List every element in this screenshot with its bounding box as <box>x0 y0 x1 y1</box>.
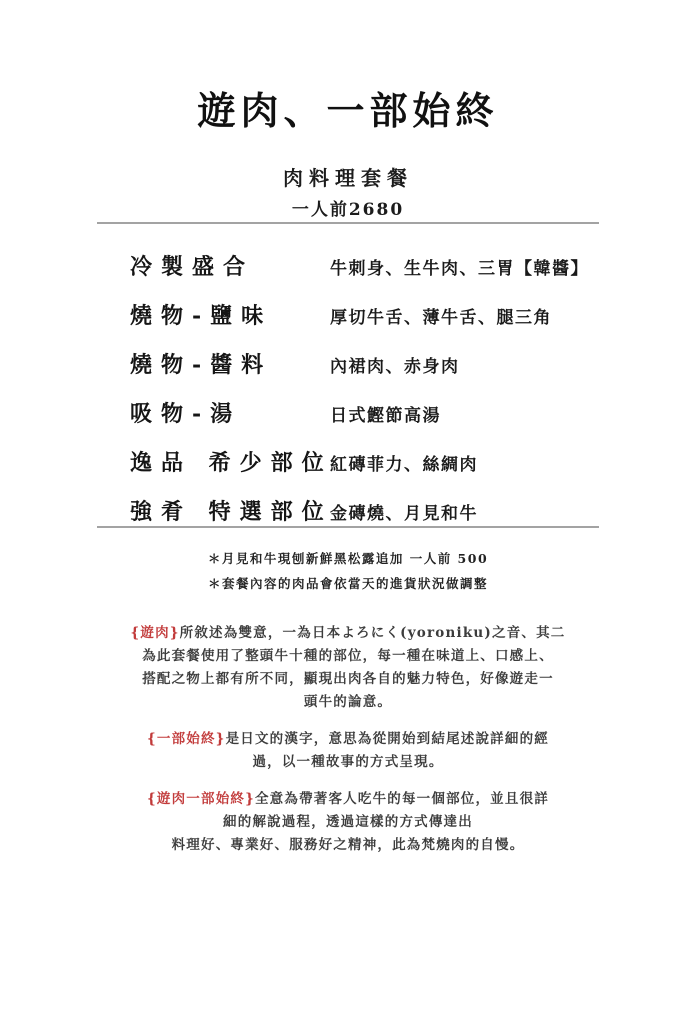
course-label: 冷製盛合 <box>130 256 330 279</box>
paragraph: {遊肉}所敘述為雙意，一為日本よろにく(yoroniku)之音、其二 為此套餐使… <box>113 622 583 714</box>
paragraph-line: {遊肉一部始終}全意為帶著客人吃牛的每一個部位，並且很詳 <box>113 788 583 811</box>
course-label: 燒物-醬料 <box>130 354 330 377</box>
paragraph-line: 為此套餐使用了整頭牛十種的部位，每一種在味道上、口感上、 <box>113 645 583 668</box>
paragraph-line: 細的解說過程，透過這樣的方式傳達出 <box>113 811 583 834</box>
paragraph-line: 頭牛的論意。 <box>113 691 583 714</box>
paragraph-highlight: {遊肉一部始終} <box>147 791 255 807</box>
menu-subtitle: 肉料理套餐 <box>0 164 696 192</box>
course-row: 逸品 希少部位 紅磚菲力、絲綢肉 <box>130 452 696 477</box>
course-row: 燒物-醬料 內裙肉、赤身肉 <box>130 354 696 379</box>
note-line: ＊月見和牛現刨新鮮黑松露追加 一人前 500 <box>0 546 696 571</box>
paragraph-text: 所敘述為雙意，一為日本よろにく(yoroniku)之音、其二 <box>180 625 566 641</box>
page-title: 遊肉、一部始終 <box>0 0 696 134</box>
course-desc: 牛刺身、生牛肉、三胃【韓醬】 <box>330 258 589 281</box>
course-desc: 日式鰹節高湯 <box>330 405 441 428</box>
paragraph-line: 料理好、專業好、服務好之精神，此為梵燒肉的自慢。 <box>113 834 583 857</box>
paragraph-highlight: {一部始終} <box>147 731 226 747</box>
price-line: 一人前2680 <box>0 198 696 222</box>
paragraph-text: 是日文的漢字，意思為從開始到結尾述說詳細的經 <box>226 731 549 747</box>
note-line: ＊套餐內容的肉品會依當天的進貨狀況做調整 <box>0 571 696 596</box>
course-row: 冷製盛合 牛刺身、生牛肉、三胃【韓醬】 <box>130 256 696 281</box>
notes-section: ＊月見和牛現刨新鮮黑松露追加 一人前 500 ＊套餐內容的肉品會依當天的進貨狀況… <box>0 546 696 596</box>
menu-page: 遊肉、一部始終 肉料理套餐 一人前2680 冷製盛合 牛刺身、生牛肉、三胃【韓醬… <box>0 0 696 1024</box>
course-row: 燒物-鹽味 厚切牛舌、薄牛舌、腿三角 <box>130 305 696 330</box>
divider-bottom <box>97 526 599 528</box>
paragraph: {遊肉一部始終}全意為帶著客人吃牛的每一個部位，並且很詳 細的解說過程，透過這樣… <box>113 788 583 857</box>
paragraph: {一部始終}是日文的漢字，意思為從開始到結尾述說詳細的經 過，以一種故事的方式呈… <box>113 728 583 774</box>
course-label: 燒物-鹽味 <box>130 305 330 328</box>
course-row: 強肴 特選部位 金磚燒、月見和牛 <box>130 501 696 526</box>
course-desc: 紅磚菲力、絲綢肉 <box>330 454 478 477</box>
paragraph-line: 過，以一種故事的方式呈現。 <box>113 751 583 774</box>
course-label: 逸品 希少部位 <box>130 452 330 475</box>
course-desc: 內裙肉、赤身肉 <box>330 356 460 379</box>
course-row: 吸物-湯 日式鰹節高湯 <box>130 403 696 428</box>
paragraph-text: 全意為帶著客人吃牛的每一個部位，並且很詳 <box>255 791 549 807</box>
course-desc: 金磚燒、月見和牛 <box>330 503 478 526</box>
course-label: 吸物-湯 <box>130 403 330 426</box>
paragraph-line: {一部始終}是日文的漢字，意思為從開始到結尾述說詳細的經 <box>113 728 583 751</box>
course-list: 冷製盛合 牛刺身、生牛肉、三胃【韓醬】 燒物-鹽味 厚切牛舌、薄牛舌、腿三角 燒… <box>130 256 696 526</box>
paragraph-line: {遊肉}所敘述為雙意，一為日本よろにく(yoroniku)之音、其二 <box>113 622 583 645</box>
paragraph-highlight: {遊肉} <box>130 625 179 641</box>
divider-top <box>97 222 599 224</box>
course-desc: 厚切牛舌、薄牛舌、腿三角 <box>330 307 552 330</box>
course-label: 強肴 特選部位 <box>130 501 330 524</box>
paragraph-line: 搭配之物上都有所不同，顯現出肉各自的魅力特色，好像遊走一 <box>113 668 583 691</box>
description-section: {遊肉}所敘述為雙意，一為日本よろにく(yoroniku)之音、其二 為此套餐使… <box>0 622 696 857</box>
